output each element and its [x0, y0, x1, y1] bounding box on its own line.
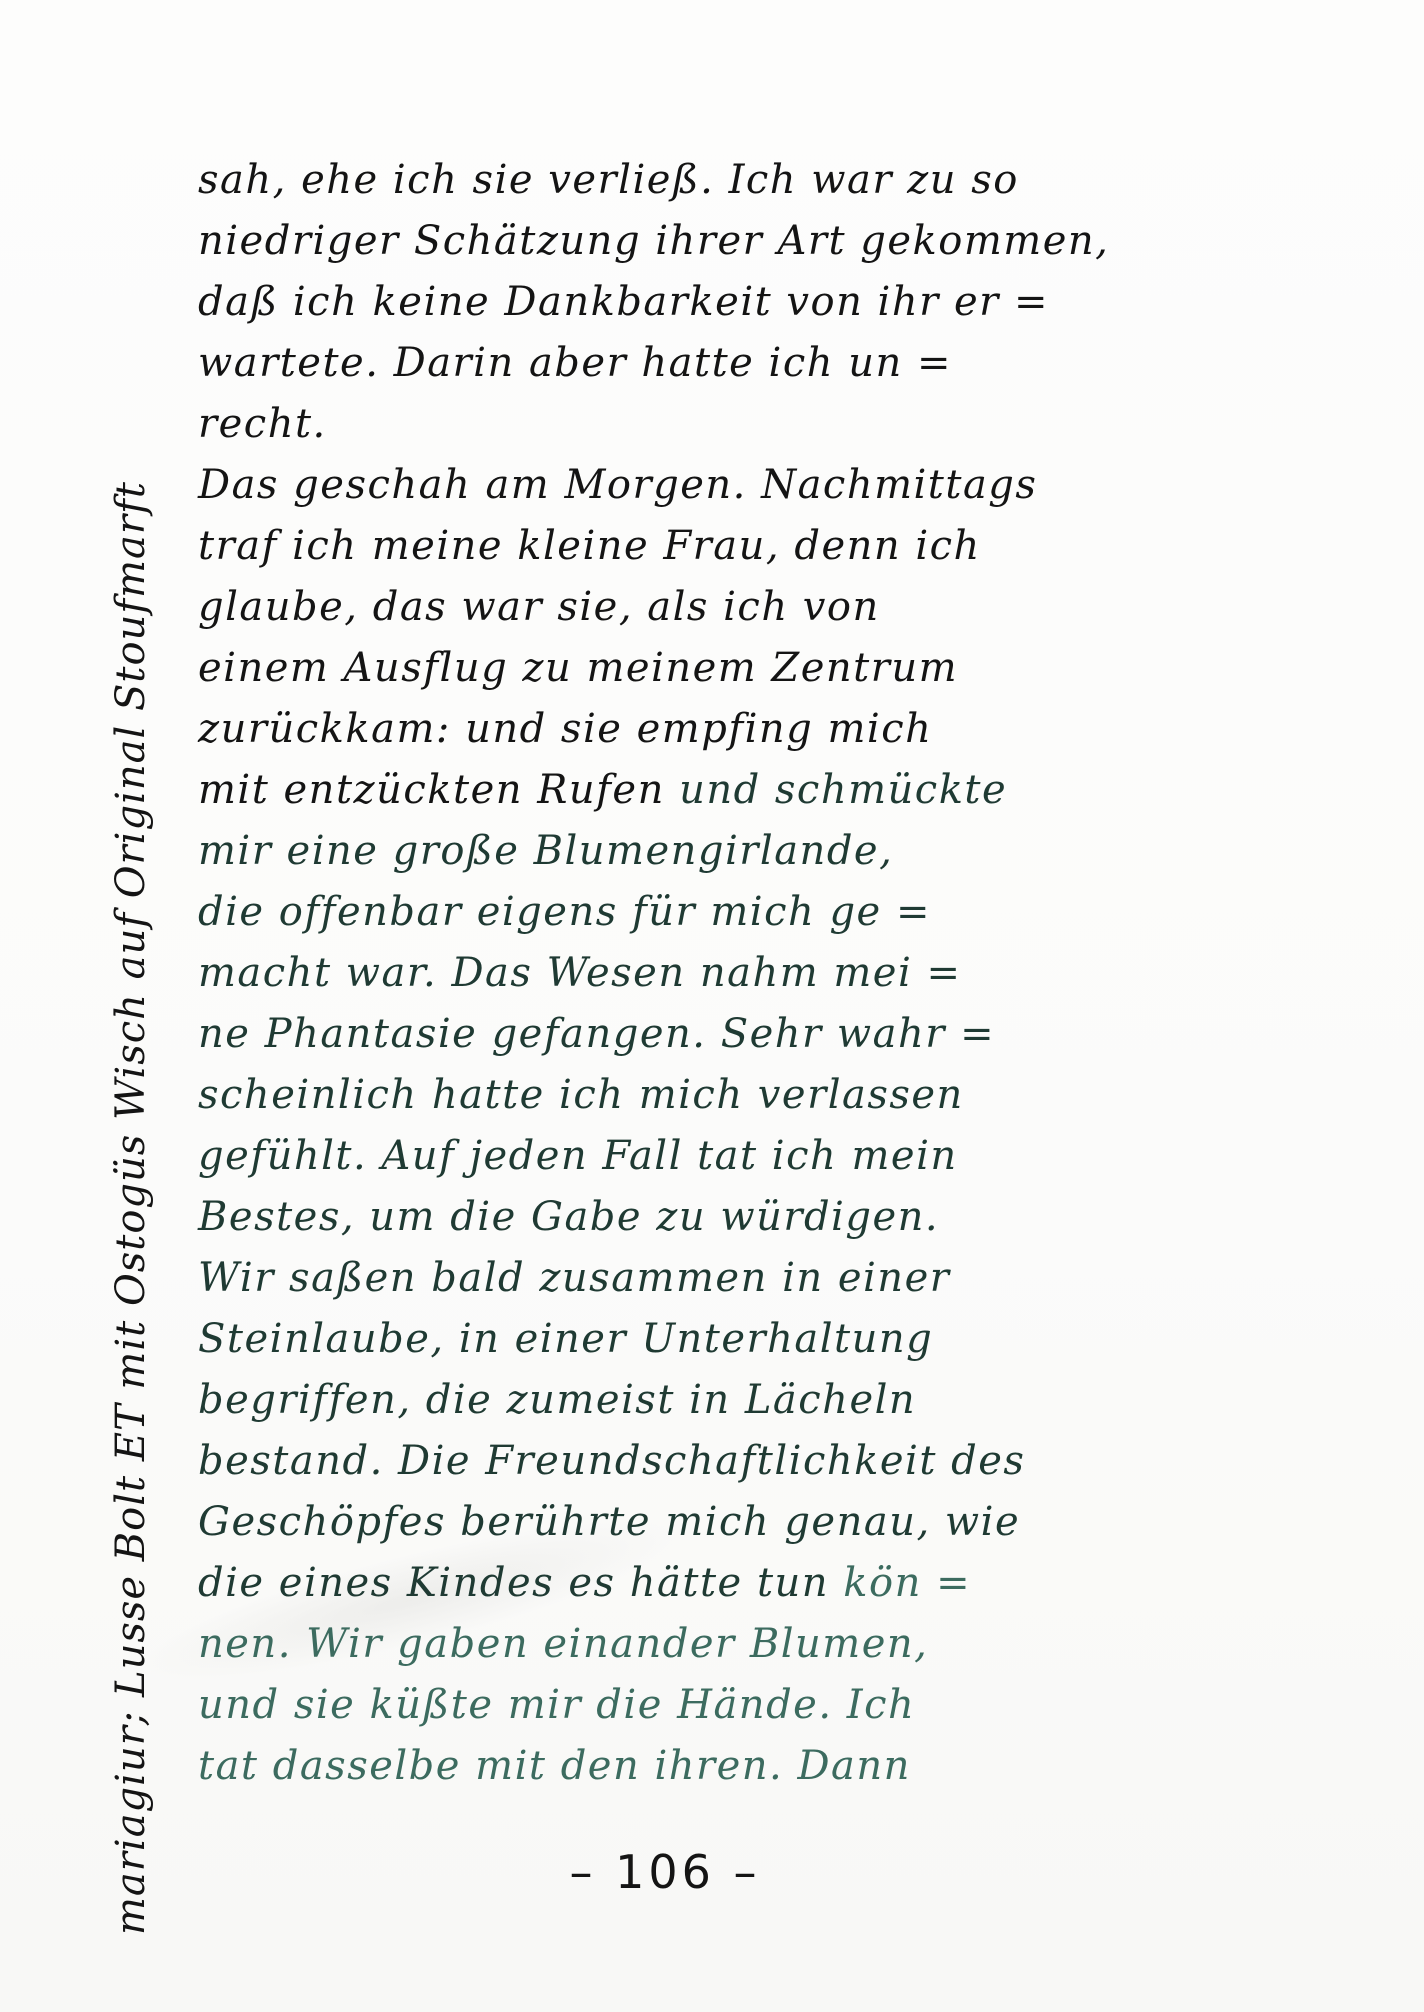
- text-segment: mit entzückten Rufen: [198, 767, 679, 813]
- text-line: Das geschah am Morgen. Nachmittags: [198, 455, 1278, 516]
- text-segment: die eines Kindes es hätte tun: [198, 1560, 843, 1606]
- text-segment: Wir saßen bald zusammen in einer: [198, 1255, 950, 1301]
- text-segment: nen. Wir gaben einander Blumen,: [198, 1621, 928, 1667]
- text-line: glaube, das war sie, als ich von: [198, 577, 1278, 638]
- text-line: macht war. Das Wesen nahm mei =: [198, 943, 1278, 1004]
- text-line: niedriger Schätzung ihrer Art gekommen,: [198, 211, 1278, 272]
- text-segment: begriffen, die zumeist in Lächeln: [198, 1377, 916, 1423]
- margin-note-text: mariagiur; Lusse Bolt ET mit Ostogüs Wis…: [108, 481, 154, 1935]
- text-segment: recht.: [198, 401, 327, 447]
- text-segment: sah, ehe ich sie verließ. Ich war zu so: [198, 157, 1019, 203]
- text-segment: Das geschah am Morgen. Nachmittags: [198, 462, 1037, 508]
- text-line: traf ich meine kleine Frau, denn ich: [198, 516, 1278, 577]
- text-line: einem Ausflug zu meinem Zentrum: [198, 638, 1278, 699]
- text-segment: kön =: [843, 1560, 971, 1606]
- text-segment: die offenbar eigens für mich ge =: [198, 889, 931, 935]
- text-line: ne Phantasie gefangen. Sehr wahr =: [198, 1004, 1278, 1065]
- text-line: Bestes, um die Gabe zu würdigen.: [198, 1187, 1278, 1248]
- manuscript-page: mariagiur; Lusse Bolt ET mit Ostogüs Wis…: [0, 0, 1424, 2012]
- page-number: – 106 –: [555, 1842, 775, 1902]
- text-line: nen. Wir gaben einander Blumen,: [198, 1614, 1278, 1675]
- text-segment: bestand. Die Freundschaftlichkeit des: [198, 1438, 1025, 1484]
- text-line: recht.: [198, 394, 1278, 455]
- text-line: Steinlaube, in einer Unterhaltung: [198, 1309, 1278, 1370]
- text-segment: scheinlich hatte ich mich verlassen: [198, 1072, 964, 1118]
- text-line: bestand. Die Freundschaftlichkeit des: [198, 1431, 1278, 1492]
- text-segment: Geschöpfes berührte mich genau, wie: [198, 1499, 1020, 1545]
- text-segment: zurückkam: und sie empfing mich: [198, 706, 932, 752]
- text-segment: niedriger Schätzung ihrer Art gekommen,: [198, 218, 1109, 264]
- text-line: mit entzückten Rufen und schmückte: [198, 760, 1278, 821]
- text-segment: Steinlaube, in einer Unterhaltung: [198, 1316, 933, 1362]
- text-segment: einem Ausflug zu meinem Zentrum: [198, 645, 958, 691]
- text-segment: traf ich meine kleine Frau, denn ich: [198, 523, 981, 569]
- text-line: Geschöpfes berührte mich genau, wie: [198, 1492, 1278, 1553]
- text-segment: macht war. Das Wesen nahm mei =: [198, 950, 961, 996]
- text-line: zurückkam: und sie empfing mich: [198, 699, 1278, 760]
- vertical-margin-note: mariagiur; Lusse Bolt ET mit Ostogüs Wis…: [96, 85, 166, 1935]
- text-line: die eines Kindes es hätte tun kön =: [198, 1553, 1278, 1614]
- text-segment: daß ich keine Dankbarkeit von ihr er =: [198, 279, 1049, 325]
- text-line: daß ich keine Dankbarkeit von ihr er =: [198, 272, 1278, 333]
- text-segment: mir eine große Blumengirlande,: [198, 828, 893, 874]
- text-segment: und schmückte: [679, 767, 1007, 813]
- text-segment: glaube, das war sie, als ich von: [198, 584, 880, 630]
- text-segment: und sie küßte mir die Hände. Ich: [198, 1682, 915, 1728]
- text-line: und sie küßte mir die Hände. Ich: [198, 1675, 1278, 1736]
- text-segment: Bestes, um die Gabe zu würdigen.: [198, 1194, 939, 1240]
- text-segment: ne Phantasie gefangen. Sehr wahr =: [198, 1011, 995, 1057]
- text-line: wartete. Darin aber hatte ich un =: [198, 333, 1278, 394]
- text-segment: tat dasselbe mit den ihren. Dann: [198, 1743, 911, 1789]
- text-line: gefühlt. Auf jeden Fall tat ich mein: [198, 1126, 1278, 1187]
- text-line: tat dasselbe mit den ihren. Dann: [198, 1736, 1278, 1797]
- handwritten-body-text: sah, ehe ich sie verließ. Ich war zu so …: [198, 150, 1278, 1797]
- text-line: Wir saßen bald zusammen in einer: [198, 1248, 1278, 1309]
- text-line: die offenbar eigens für mich ge =: [198, 882, 1278, 943]
- text-segment: gefühlt. Auf jeden Fall tat ich mein: [198, 1133, 958, 1179]
- text-line: scheinlich hatte ich mich verlassen: [198, 1065, 1278, 1126]
- text-line: begriffen, die zumeist in Lächeln: [198, 1370, 1278, 1431]
- text-segment: wartete. Darin aber hatte ich un =: [198, 340, 952, 386]
- text-line: mir eine große Blumengirlande,: [198, 821, 1278, 882]
- page-number-text: – 106 –: [569, 1845, 760, 1899]
- text-line: sah, ehe ich sie verließ. Ich war zu so: [198, 150, 1278, 211]
